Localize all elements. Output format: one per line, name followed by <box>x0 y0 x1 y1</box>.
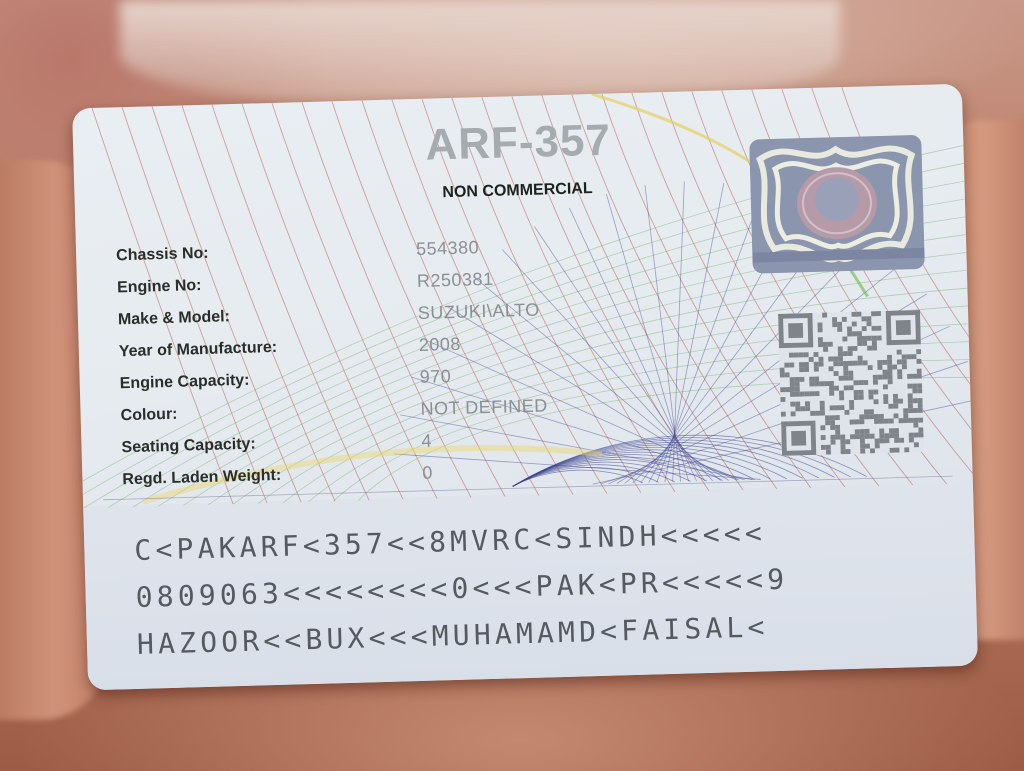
machine-readable-zone: C<PAKARF<357<<8MVRC<SINDH<<<<< 0809063<<… <box>134 509 790 668</box>
field-value: 554380 <box>416 237 480 260</box>
qr-code-icon <box>778 310 924 456</box>
field-value: 0 <box>422 463 433 484</box>
vehicle-registration-card: ARF-357 NON COMMERCIAL Chassis No: 55438… <box>72 84 978 691</box>
field-value: 4 <box>421 431 432 452</box>
emblem-hologram-icon <box>749 135 925 274</box>
field-label: Colour: <box>120 406 177 426</box>
field-value: R250381 <box>417 269 494 292</box>
field-value: 970 <box>419 366 451 388</box>
field-label: Seating Capacity: <box>121 436 256 458</box>
field-label: Make & Model: <box>118 308 230 329</box>
field-value: NOT DEFINED <box>420 395 548 420</box>
field-label: Engine Capacity: <box>120 372 250 394</box>
field-value: SUZUKI\ALTO <box>418 300 540 324</box>
field-value: 2008 <box>419 334 462 356</box>
field-label: Engine No: <box>117 277 202 297</box>
registration-number: ARF-357 <box>393 115 644 172</box>
field-label: Chassis No: <box>116 245 209 266</box>
